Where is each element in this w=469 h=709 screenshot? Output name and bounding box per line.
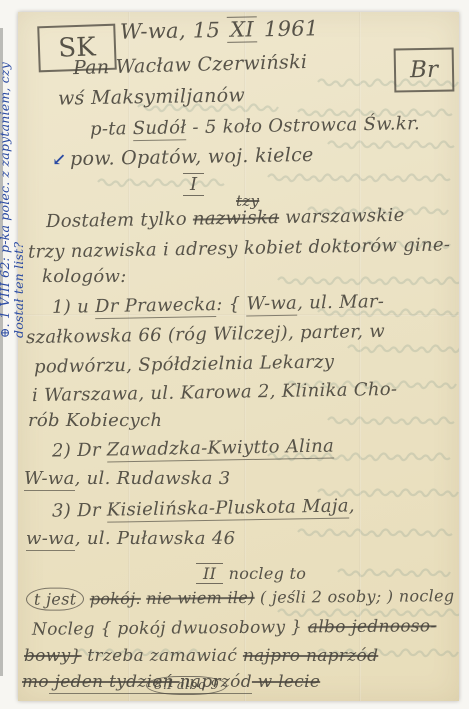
struck-niewiem: nie wiem ile) <box>146 588 255 608</box>
doctor2-street: , ul. Rudawska 3 <box>75 468 231 489</box>
section1-numeral: I <box>183 174 204 195</box>
post-office-name: Sudół <box>133 117 187 141</box>
letter-paper: SK Br W-wa, 15 XI 1961 Pan Wacław Czerwi… <box>18 12 459 701</box>
doctor3-line-2: w-wa, ul. Puławska 46 <box>26 528 235 549</box>
section2-heading-rest: nocleg to <box>223 564 306 583</box>
doctor1-city: W-wa <box>246 293 297 317</box>
body-1c: warszawskie <box>279 205 405 228</box>
doctor3-number: 3) Dr <box>52 500 107 522</box>
date-year: 1961 <box>257 16 319 41</box>
section2-heading: II nocleg to <box>196 564 306 583</box>
doctor3-street: , ul. Puławska 46 <box>75 528 236 549</box>
doctor1-line-4: i Warszawa, ul. Karowa 2, Klinika Cho- <box>32 379 398 406</box>
recipient-post: p-ta Sudół - 5 koło Ostrowca Św.kr. <box>90 113 420 140</box>
date-month-numeral: XI <box>227 16 257 43</box>
recipient-village: wś Maksymiljanów <box>58 84 245 109</box>
margin-note-line2: dostał ten list? <box>12 18 26 338</box>
circled-phrase: t jest <box>26 587 85 611</box>
doctor3-line-1: 3) Dr Kisielińska-Pluskota Maja, <box>52 495 355 521</box>
doctor1-name: Dr Prawecka <box>95 294 217 319</box>
section2-numeral: II <box>196 563 223 584</box>
doctor2-name: Zawadzka-Kwiytto Alina <box>107 436 335 463</box>
draft-2a: Nocleg { pokój dwuosobowy } <box>32 617 308 639</box>
stamp-box-right: Br <box>394 47 455 92</box>
doctor1-street-start: , ul. Mar- <box>297 291 384 314</box>
body-1a: Dostałem tylko <box>46 209 193 233</box>
struck-mo: mo <box>22 672 49 692</box>
doctor1-line-5: rób Kobiecych <box>28 410 162 431</box>
struck-pokoj: pokój. <box>90 589 141 608</box>
doctor3-city: w-wa <box>26 528 75 551</box>
doctor2-city: W-wa <box>24 468 75 491</box>
doctor1-sep: : { <box>216 294 247 316</box>
draft-3b: trzeba zamawiać <box>82 646 243 666</box>
doctor2-number: 2) Dr <box>52 440 107 462</box>
post-prefix: p-ta <box>90 118 133 140</box>
struck-w-lecie: w lecie <box>252 672 320 692</box>
doctor2-line-1: 2) Dr Zawadzka-Kwiytto Alina <box>52 436 334 462</box>
stamp-right-text: Br <box>410 57 438 83</box>
draft-1d: ( jeśli 2 osoby; ) nocleg <box>260 586 455 607</box>
draft-line-1: t jest pokój. nie wiem ile) ( jeśli 2 os… <box>26 586 454 609</box>
date-text: W-wa, 15 <box>120 18 228 44</box>
doctor1-line-2: szałkowska 66 (róg Wilczej), parter, w <box>26 321 385 348</box>
blue-arrow-icon: ↙ <box>52 150 67 170</box>
doctor2-line-2: W-wa, ul. Rudawska 3 <box>24 468 231 489</box>
margin-note-blue: ⊕. 1 VIII 62: p-ka polec. z zapytaniem, … <box>0 18 26 338</box>
post-suffix: - 5 koło Ostrowca Św.kr. <box>186 113 420 138</box>
draft-line-2: Nocleg { pokój dwuosobowy } albo jednoos… <box>32 616 437 640</box>
date-line: W-wa, 15 XI 1961 <box>120 16 319 43</box>
recipient-county: pow. Opatów, woj. kielce <box>70 144 314 170</box>
struck-bowy: bowy} <box>24 646 82 666</box>
doctor1-number: 1) u <box>52 296 95 318</box>
struck-albo: albo jednooso- <box>308 616 437 637</box>
letter-scan: SK Br W-wa, 15 XI 1961 Pan Wacław Czerwi… <box>0 0 469 709</box>
body-line-1: Dostałem tylko nazwiska warszawskie <box>46 205 405 232</box>
body-line-2: trzy nazwiska i adresy kobiet doktorów g… <box>28 234 451 262</box>
doctor3-name: Kisielińska-Pluskota Maja <box>107 495 349 522</box>
draft-line-3: bowy} trzeba zamawiać najpro naprzód <box>24 646 378 666</box>
struck-naprzod-draft: najpro naprzód <box>243 646 378 666</box>
circled-dates: 8.I albo 9 <box>146 678 227 693</box>
body-line-3: kologów: <box>42 266 127 287</box>
doctor3-comma: , <box>349 495 355 516</box>
struck-word: nazwiska <box>193 207 280 230</box>
doctor1-line-3: podwórzu, Spółdzielnia Lekarzy <box>34 351 335 377</box>
recipient-name: Pan Wacław Czerwiński <box>73 51 308 79</box>
